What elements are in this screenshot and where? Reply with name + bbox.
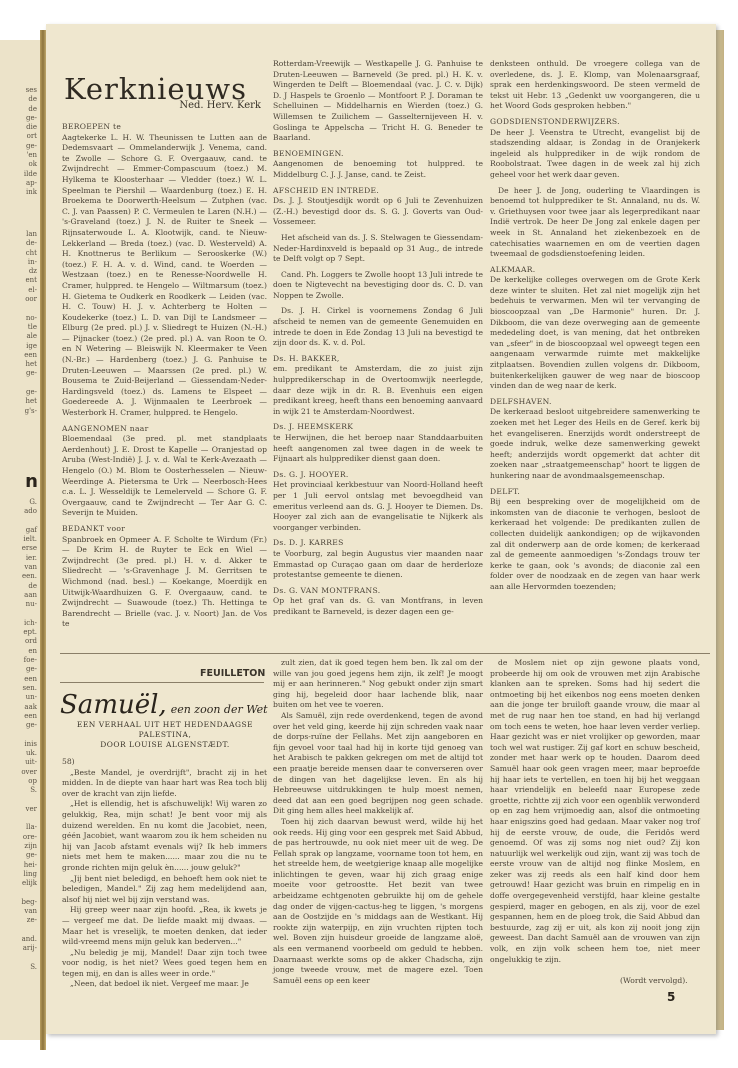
column-kerknieuws-3: denksteen onthuld. De vroegere collega v… [490, 59, 700, 593]
divider-top [60, 653, 710, 654]
story-paragraph: zult zien, dat ik goed tegen hem ben. Ik… [273, 658, 483, 711]
column-kerknieuws-2: Rotterdam-Vreewijk — Westkapelle J. G. P… [273, 59, 483, 618]
section-subtitle: Ned. Herv. Kerk [165, 100, 261, 111]
story-subtitle-line-2: PALESTINA, [60, 730, 270, 740]
news-heading: Ds. H. BAKKER, [273, 354, 483, 365]
story-paragraph: „Jij bent niet beledigd, en behoeft hem … [62, 874, 267, 906]
news-paragraph: Het afscheid van ds. J. S. Stelwagen te … [273, 233, 483, 265]
prev-page-fragments-top: ses de de ge- die ort ge- 'en ok ilde ap… [24, 86, 37, 198]
news-heading: Ds. D. J. KARRES [273, 538, 483, 549]
news-heading: BEDANKT voor [62, 524, 267, 535]
news-heading: BENOEMINGEN. [273, 149, 483, 160]
news-paragraph: Op het graf van ds. G. van Montfrans, in… [273, 596, 483, 617]
feuilleton-column-3: de Moslem niet op zijn gewone plaats von… [490, 658, 700, 965]
news-heading: ALKMAAR. [490, 265, 700, 276]
story-subtitle-line-1: EEN VERHAAL UIT HET HEDENDAAGSE [60, 720, 270, 730]
news-heading: AANGENOMEN naar [62, 424, 267, 435]
installment-number: 58) [62, 757, 267, 768]
page-edge [716, 30, 724, 1030]
news-paragraph: De kerkeraad besloot uitgebreidere samen… [490, 407, 700, 481]
previous-page-edge: ses de de ge- die ort ge- 'en ok ilde ap… [0, 40, 40, 1040]
news-intro: denksteen onthuld. De vroegere collega v… [490, 59, 700, 112]
news-heading: DELFT. [490, 487, 700, 498]
news-paragraph: De kerkelijke colleges overwegen om de G… [490, 275, 700, 392]
story-paragraph: „Neen, dat bedoel ik niet. Vergeef me ma… [62, 979, 267, 990]
prev-page-heading-fragment: n [25, 471, 38, 492]
news-heading: AFSCHEID EN INTREDE. [273, 186, 483, 197]
news-paragraph: em. predikant te Amsterdam, die zo juist… [273, 364, 483, 417]
news-heading: Ds. G. VAN MONTFRANS. [273, 586, 483, 597]
prev-page-fragments-mid: lan de- cht in- dz ent el- oor no- tle a… [24, 230, 37, 416]
news-heading: DELFSHAVEN. [490, 397, 700, 408]
news-paragraph: Ds. J. H. Cirkel is voornemens Zondag 6 … [273, 306, 483, 348]
news-heading: Ds. G. J. HOOYER. [273, 470, 483, 481]
news-heading: BEROEPEN te [62, 122, 267, 133]
news-heading: Ds. J. HEEMSKERK [273, 422, 483, 433]
news-paragraph: Aagtekerke L. H. W. Theunissen te Lutten… [62, 133, 267, 419]
feuilleton-column-2: zult zien, dat ik goed tegen hem ben. Ik… [273, 658, 483, 986]
news-paragraph: Aangenomen de benoeming tot hulppred. te… [273, 159, 483, 180]
story-title: Samuël,een zoon der Wet [60, 690, 272, 720]
story-title-rest: een zoon der Wet [171, 703, 268, 716]
feuilleton-label: FEUILLETON [200, 668, 262, 679]
divider-feuilleton [60, 682, 264, 683]
story-paragraph: de Moslem niet op zijn gewone plaats von… [490, 658, 700, 965]
story-author: DOOR LOUISE ALGENSTÆDT. [60, 740, 270, 750]
news-paragraph: Het provinciaal kerkbestuur van Noord-Ho… [273, 480, 483, 533]
story-paragraph: Hij greep weer naar zijn hoofd. „Rea, ik… [62, 905, 267, 947]
news-intro: Rotterdam-Vreewijk — Westkapelle J. G. P… [273, 59, 483, 144]
prev-page-fragments-low: G. ado gaf ielt. erse ier. van een. de a… [21, 498, 37, 972]
story-paragraph: „Beste Mandel, je overdrijft", bracht zi… [62, 768, 267, 800]
news-paragraph: Cand. Ph. Loggers te Zwolle hoopt 13 Jul… [273, 270, 483, 302]
news-paragraph: Bloemendaal (3e pred. pl. met standplaat… [62, 434, 267, 519]
story-paragraph: Toen hij zich daarvan bewust werd, wilde… [273, 817, 483, 987]
news-paragraph: De heer J. Veenstra te Utrecht, evangeli… [490, 128, 700, 181]
column-kerknieuws-1: BEROEPEN teAagtekerke L. H. W. Theunisse… [62, 117, 267, 630]
to-be-continued: (Wordt vervolgd). [620, 976, 688, 985]
news-heading: GODSDIENSTONDERWIJZERS. [490, 117, 700, 128]
page-number: 5 [667, 990, 675, 1004]
news-paragraph: De heer J. de Jong, ouderling te Vlaardi… [490, 186, 700, 260]
story-title-main: Samuël, [60, 690, 167, 720]
story-subtitle: EEN VERHAAL UIT HET HEDENDAAGSE PALESTIN… [60, 720, 270, 750]
story-paragraph: „Het is ellendig, het is afschuwelijk! W… [62, 799, 267, 873]
news-paragraph: Bij een bespreking over de mogelijkheid … [490, 497, 700, 592]
feuilleton-column-1: 58) „Beste Mandel, je overdrijft", brach… [62, 757, 267, 990]
news-paragraph: te Herwijnen, die het beroep naar Standd… [273, 433, 483, 465]
news-paragraph: Spanbroek en Opmeer A. F. Scholte te Wir… [62, 535, 267, 630]
news-paragraph: Ds. J. J. Stoutjesdijk wordt op 6 Juli t… [273, 196, 483, 228]
news-paragraph: te Voorburg, zal begin Augustus vier maa… [273, 549, 483, 581]
story-paragraph: Als Samuël, zijn rede overdenkend, tegen… [273, 711, 483, 817]
story-paragraph: „Nu beledig je mij, Mandel! Daar zijn to… [62, 948, 267, 980]
